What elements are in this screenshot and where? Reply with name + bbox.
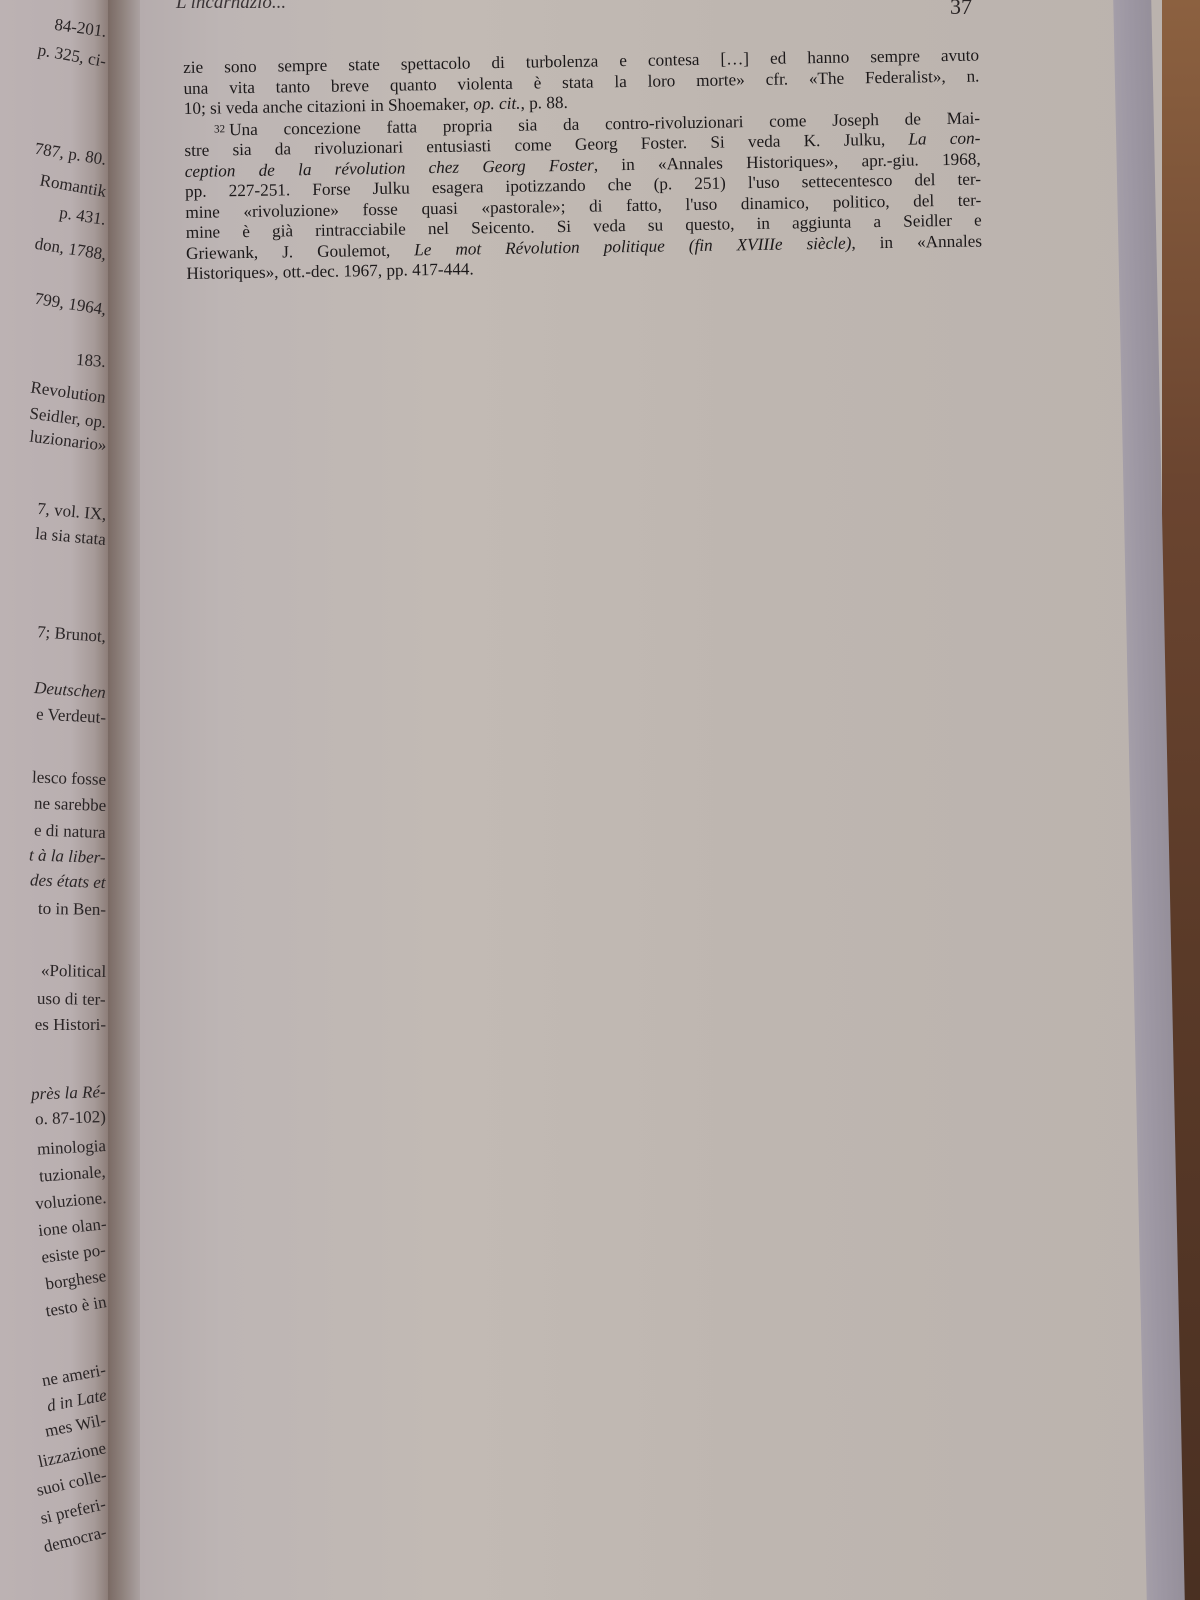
left-page-line: 787, p. 80. [33, 139, 107, 170]
left-page-line: don, 1788, [33, 234, 107, 265]
left-page-line: Deutschen [34, 678, 107, 703]
left-page-line: 7, vol. IX, [36, 499, 107, 525]
left-page-line: p. 431. [58, 203, 107, 230]
left-page-line: 183. [76, 350, 107, 372]
left-page-line: Romantik [38, 171, 108, 202]
left-page-line: tuzionale, [39, 1162, 107, 1187]
left-page-line: des états et [30, 870, 106, 893]
left-page-line: testo è in [44, 1292, 108, 1321]
left-page-line: Revolution [30, 378, 108, 408]
left-page-line: ione olan- [37, 1214, 107, 1241]
left-page-line: voluzione. [34, 1188, 107, 1214]
left-page-line: près la Ré- [31, 1082, 106, 1105]
page-number: 37 [950, 0, 972, 20]
left-page-line: esiste po- [41, 1240, 108, 1268]
running-head: L'incarnazio... [176, 0, 286, 14]
left-page-line: 84-201. [53, 15, 108, 42]
left-page-line: e Verdeut- [36, 704, 107, 728]
left-page-line: 799, 1964, [33, 289, 107, 320]
left-page-line: la sia stata [35, 524, 107, 550]
left-page-fragment: 84-201.p. 325, ci-787, p. 80.Romantikp. … [0, 0, 118, 1600]
footnote-number: 32 [214, 123, 225, 135]
left-page-line: «Political [41, 961, 107, 982]
left-page-line: uso di ter- [37, 989, 106, 1010]
left-page-line: ne sarebbe [33, 793, 106, 816]
left-page-line: lesco fosse [32, 767, 107, 790]
left-page-line: to in Ben- [38, 899, 106, 920]
left-page-line: 7; Brunot, [37, 622, 107, 647]
left-page-line: t à la liber- [29, 845, 106, 868]
left-page-line: o. 87-102) [35, 1107, 106, 1129]
footnotes-block: zie sono sempre state spettacolo di turb… [183, 45, 982, 284]
left-page-line: democra- [41, 1522, 108, 1557]
left-page-line: es Histori- [35, 1015, 106, 1035]
left-page-line: minologia [37, 1136, 107, 1160]
left-page-line: e di natura [34, 821, 106, 843]
left-page-line: p. 325, ci- [36, 40, 107, 72]
left-page-line: borghese [44, 1266, 107, 1294]
